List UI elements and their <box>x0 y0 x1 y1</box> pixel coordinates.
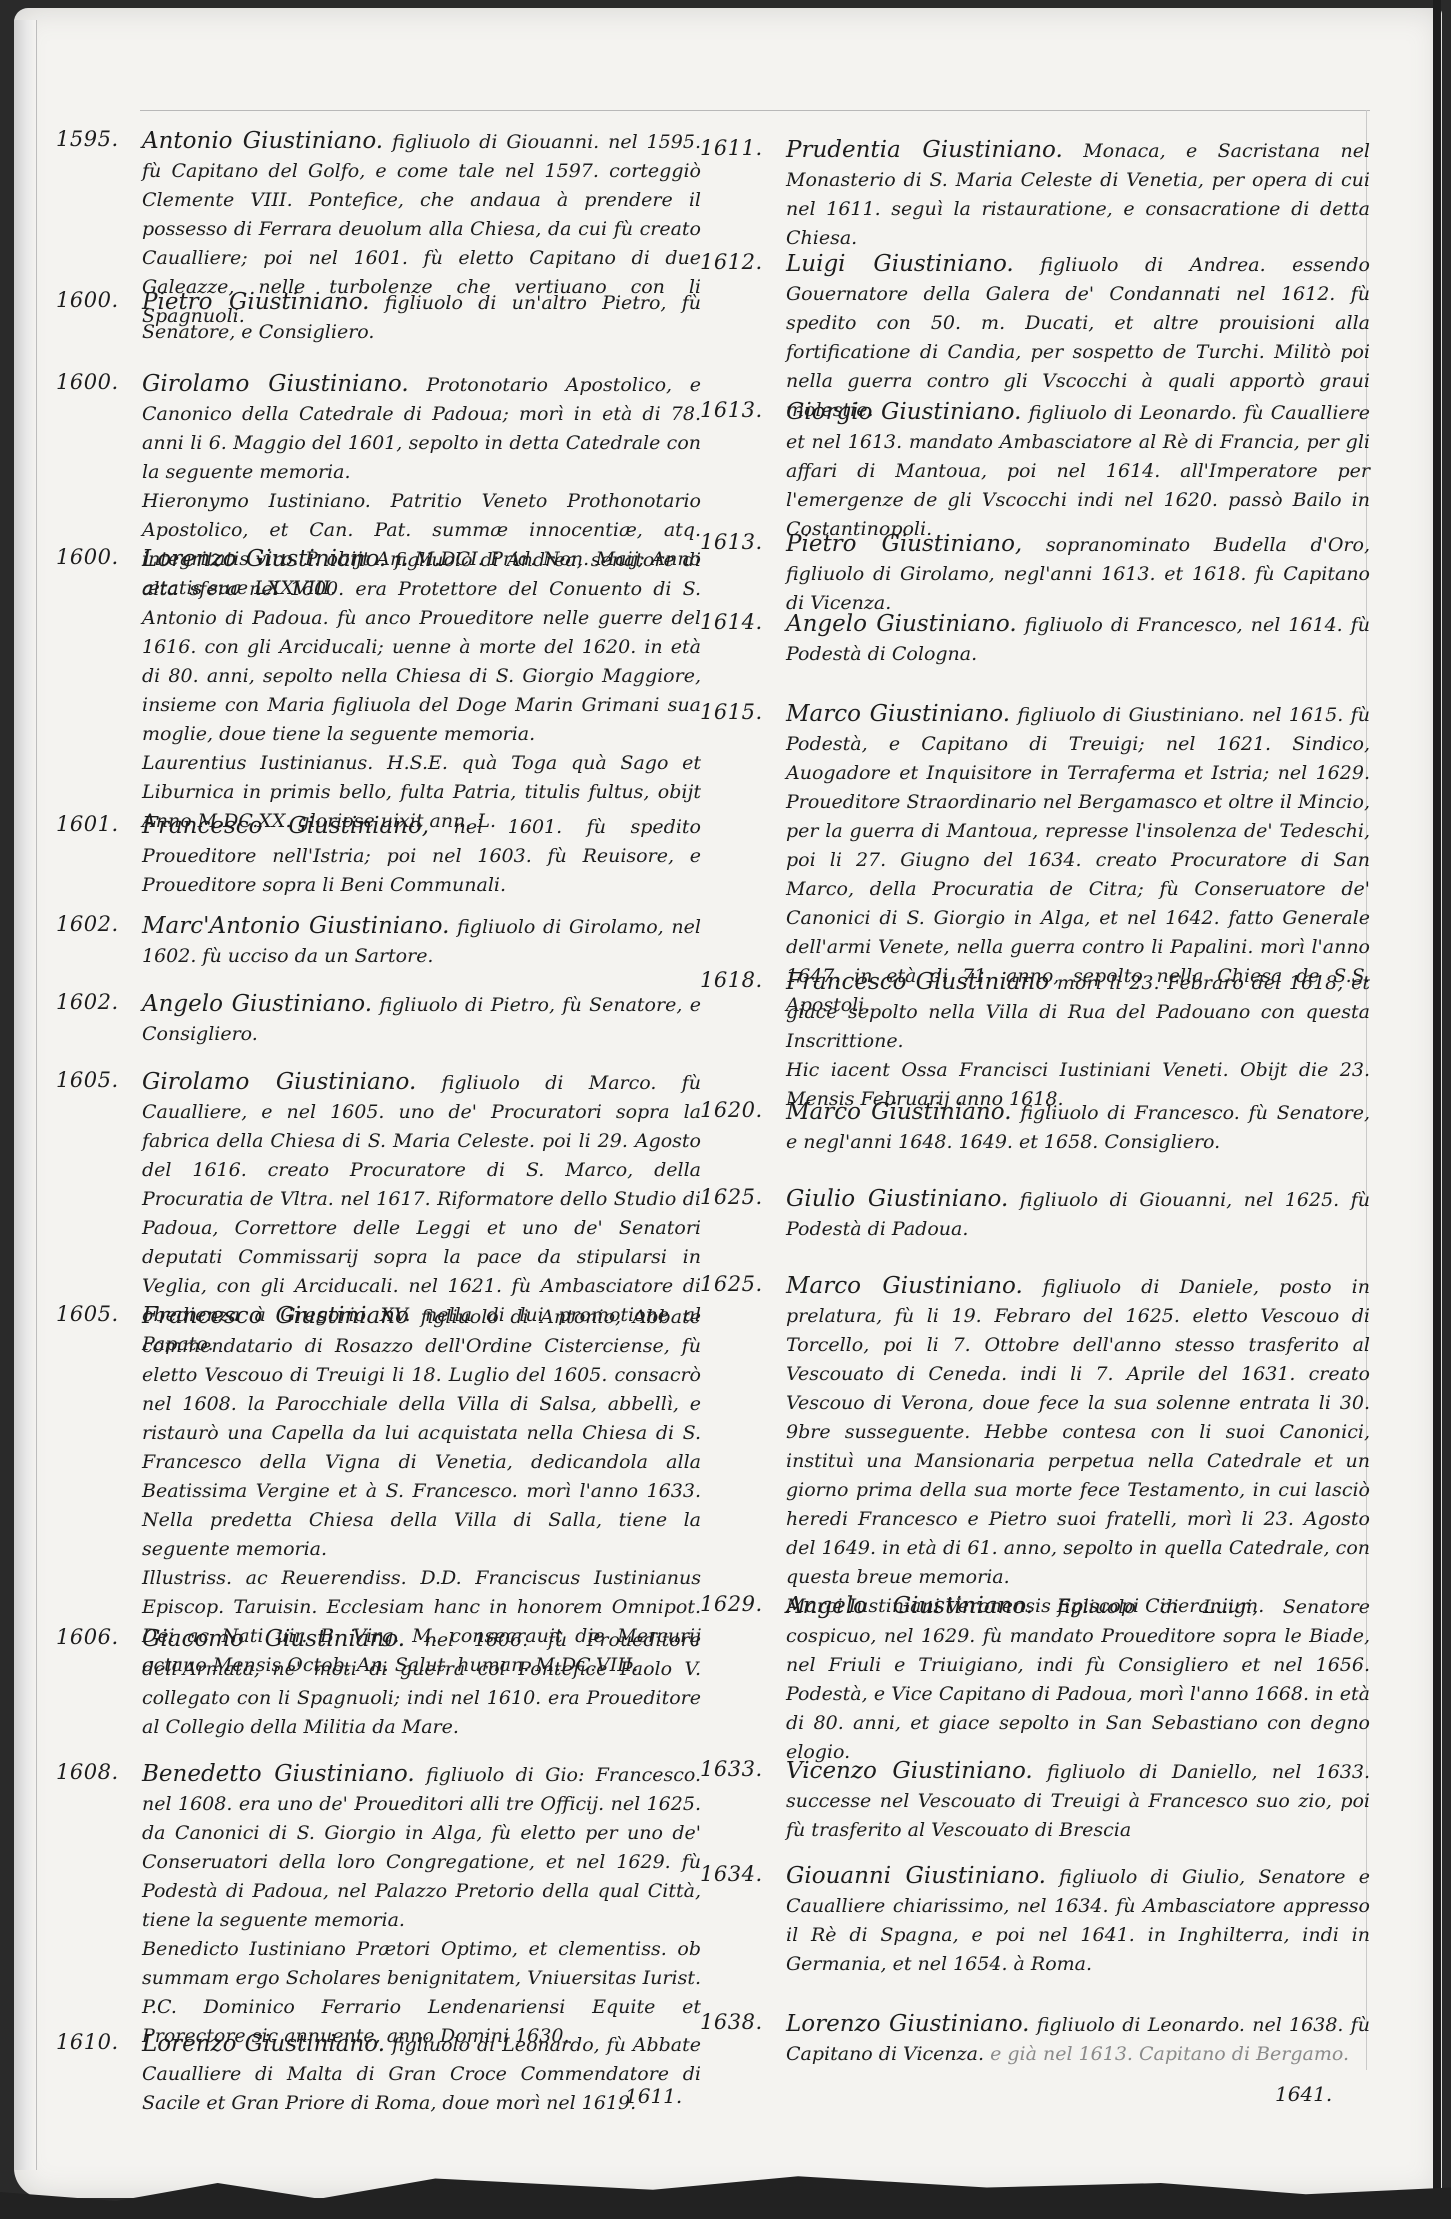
entry-body: Giouanni Giustiniano. figliuolo di Giuli… <box>786 1862 1370 1979</box>
catchword-left: 1611. <box>625 2084 682 2108</box>
entry-year: 1600. <box>56 545 142 569</box>
entry-year: 1614. <box>700 610 786 634</box>
entry-name: Pietro Giustiniano. <box>142 289 369 315</box>
entry-text: figliuolo di Daniele, posto in prelatura… <box>786 1276 1370 1588</box>
entry: 1601. Francesco Giustiniano, nel 1601. f… <box>56 812 701 900</box>
entry-year: 1618. <box>700 968 786 992</box>
entry-body: Giorgio Giustiniano. figliuolo di Leonar… <box>786 398 1370 544</box>
entry-name: Marco Giustiniano. <box>786 701 1010 727</box>
entry: 1602. Angelo Giustiniano. figliuolo di P… <box>56 990 701 1049</box>
entry: 1600. Lorenzo Giustiniano. figliuolo di … <box>56 545 701 836</box>
entry: 1608. Benedetto Giustiniano. figliuolo d… <box>56 1760 701 2051</box>
entry-name: Marc'Antonio Giustiniano. <box>142 913 449 939</box>
entry-name: Luigi Giustiniano. <box>786 251 1014 277</box>
entry-year: 1615. <box>700 700 786 724</box>
entry-body: Marc'Antonio Giustiniano. figliuolo di G… <box>142 912 701 971</box>
entry-year: 1629. <box>700 1592 786 1616</box>
entry-body: Marco Giustiniano. figliuolo di Daniele,… <box>786 1272 1370 1621</box>
entry: 1625. Marco Giustiniano. figliuolo di Da… <box>700 1272 1370 1621</box>
entry-name: Lorenzo Giustiniano. <box>142 546 386 572</box>
entry: 1611. Prudentia Giustiniano. Monaca, e S… <box>700 136 1370 253</box>
entry-body: Benedetto Giustiniano. figliuolo di Gio:… <box>142 1760 701 2051</box>
entry-name: Francesco Giustiniano, <box>142 813 429 839</box>
entry-name: Angelo Giustiniano. <box>786 1593 1033 1619</box>
entry-body: Angelo Giustiniano. figliuolo di Luigi, … <box>786 1592 1370 1767</box>
entry-name: Lorenzo Giustiniano. <box>142 2031 385 2057</box>
entry-text: figliuolo di Andrea, senatore di alta sf… <box>142 549 701 745</box>
entry: 1620. Marco Giustiniano. figliuolo di Fr… <box>700 1098 1370 1157</box>
entry-name: Vicenzo Giustiniano. <box>786 1758 1033 1784</box>
entry-name: Marco Giustiniano. <box>786 1099 1012 1125</box>
entry-name: Girolamo Giustiniano. <box>142 371 409 397</box>
entry-body: Pietro Giustiniano, sopranominato Budell… <box>786 530 1370 618</box>
entry-year: 1613. <box>700 398 786 422</box>
entry: 1606. Giacomo Giustiniano. nel 1606. fù … <box>56 1625 701 1742</box>
entry-name: Benedetto Giustiniano. <box>142 1761 415 1787</box>
entry: 1618. Francesco Giustiniano morì li 23. … <box>700 968 1370 1114</box>
entry-year: 1611. <box>700 136 786 160</box>
entry-year: 1612. <box>700 250 786 274</box>
entry-year: 1595. <box>56 127 142 151</box>
entry-year: 1625. <box>700 1185 786 1209</box>
entry-body: Angelo Giustiniano. figliuolo di Pietro,… <box>142 990 701 1049</box>
entry-name: Lorenzo Giustiniano. <box>786 2011 1029 2037</box>
entry-name: Francesco Giustiniano <box>142 1303 409 1329</box>
entry-year: 1610. <box>56 2030 142 2054</box>
entry-year: 1600. <box>56 370 142 394</box>
entry-body: Giulio Giustiniano. figliuolo di Giouann… <box>786 1185 1370 1244</box>
entry-body: Francesco Giustiniano morì li 23. Febrar… <box>786 968 1370 1114</box>
entry-year: 1602. <box>56 990 142 1014</box>
entry-name: Angelo Giustiniano. <box>142 991 372 1017</box>
entry-body: Lorenzo Giustiniano. figliuolo di Leonar… <box>786 2010 1370 2069</box>
entry: 1600. Pietro Giustiniano. figliuolo di u… <box>56 288 701 347</box>
entry-body: Lorenzo Giustiniano. figliuolo di Leonar… <box>142 2030 701 2118</box>
entry-text: figliuolo di Antonio, Abbate commendatar… <box>142 1306 701 1560</box>
header-rule <box>140 110 1370 111</box>
entry: 1610. Lorenzo Giustiniano. figliuolo di … <box>56 2030 701 2118</box>
entry: 1634. Giouanni Giustiniano. figliuolo di… <box>700 1862 1370 1979</box>
entry-body: Francesco Giustiniano figliuolo di Anton… <box>142 1302 701 1680</box>
page-right-edge <box>1433 0 1441 2219</box>
entry-year: 1606. <box>56 1625 142 1649</box>
entry-text: figliuolo di Andrea. essendo Gouernatore… <box>786 254 1370 421</box>
entry-name: Angelo Giustiniano. <box>786 611 1017 637</box>
entry-text: figliuolo di Luigi, Senatore cospicuo, n… <box>786 1596 1370 1763</box>
catchword-right: 1641. <box>1275 2082 1332 2106</box>
entry-name: Antonio Giustiniano. <box>142 128 383 154</box>
entry-body: Lorenzo Giustiniano. figliuolo di Andrea… <box>142 545 701 836</box>
entry: 1605. Francesco Giustiniano figliuolo di… <box>56 1302 701 1680</box>
entry: 1625. Giulio Giustiniano. figliuolo di G… <box>700 1185 1370 1244</box>
entry-name: Prudentia Giustiniano. <box>786 137 1063 163</box>
entry-text: figliuolo di Gio: Francesco. nel 1608. e… <box>142 1764 701 1931</box>
entry-name: Giulio Giustiniano. <box>786 1186 1008 1212</box>
entry-year: 1638. <box>700 2010 786 2034</box>
entry-year: 1620. <box>700 1098 786 1122</box>
entry-year: 1608. <box>56 1760 142 1784</box>
entry-body: Prudentia Giustiniano. Monaca, e Sacrist… <box>786 136 1370 253</box>
entry-body: Angelo Giustiniano. figliuolo di Frances… <box>786 610 1370 669</box>
entry-name: Giouanni Giustiniano. <box>786 1863 1046 1889</box>
entry-year: 1600. <box>56 288 142 312</box>
entry-body: Marco Giustiniano. figliuolo di Francesc… <box>786 1098 1370 1157</box>
entry: 1602. Marc'Antonio Giustiniano. figliuol… <box>56 912 701 971</box>
entry: 1633. Vicenzo Giustiniano. figliuolo di … <box>700 1757 1370 1845</box>
entry: 1613. Pietro Giustiniano, sopranominato … <box>700 530 1370 618</box>
entry: 1629. Angelo Giustiniano. figliuolo di L… <box>700 1592 1370 1767</box>
entry-body: Giacomo Giustiniano. nel 1606. fù Proued… <box>142 1625 701 1742</box>
entry-name: Pietro Giustiniano, <box>786 531 1022 557</box>
faint-addition: e già nel 1613. Capitano di Bergamo. <box>990 2043 1349 2065</box>
entry-year: 1634. <box>700 1862 786 1886</box>
entry-body: Francesco Giustiniano, nel 1601. fù sped… <box>142 812 701 900</box>
entry-body: Vicenzo Giustiniano. figliuolo di Daniel… <box>786 1757 1370 1845</box>
entry-year: 1625. <box>700 1272 786 1296</box>
entry: 1638. Lorenzo Giustiniano. figliuolo di … <box>700 2010 1370 2069</box>
entry-year: 1613. <box>700 530 786 554</box>
entry-name: Giacomo Giustiniano. <box>142 1626 405 1652</box>
entry-name: Giorgio Giustiniano. <box>786 399 1021 425</box>
entry-year: 1633. <box>700 1757 786 1781</box>
entry: 1613. Giorgio Giustiniano. figliuolo di … <box>700 398 1370 544</box>
entry-year: 1601. <box>56 812 142 836</box>
entry-body: Pietro Giustiniano. figliuolo di un'altr… <box>142 288 701 347</box>
page-binding-edge <box>14 20 37 2170</box>
entry-name: Marco Giustiniano. <box>786 1273 1023 1299</box>
entry-year: 1602. <box>56 912 142 936</box>
entry-name: Francesco Giustiniano <box>786 969 1049 995</box>
entry-year: 1605. <box>56 1068 142 1092</box>
entry-year: 1605. <box>56 1302 142 1326</box>
entry: 1614. Angelo Giustiniano. figliuolo di F… <box>700 610 1370 669</box>
entry-name: Girolamo Giustiniano. <box>142 1069 416 1095</box>
